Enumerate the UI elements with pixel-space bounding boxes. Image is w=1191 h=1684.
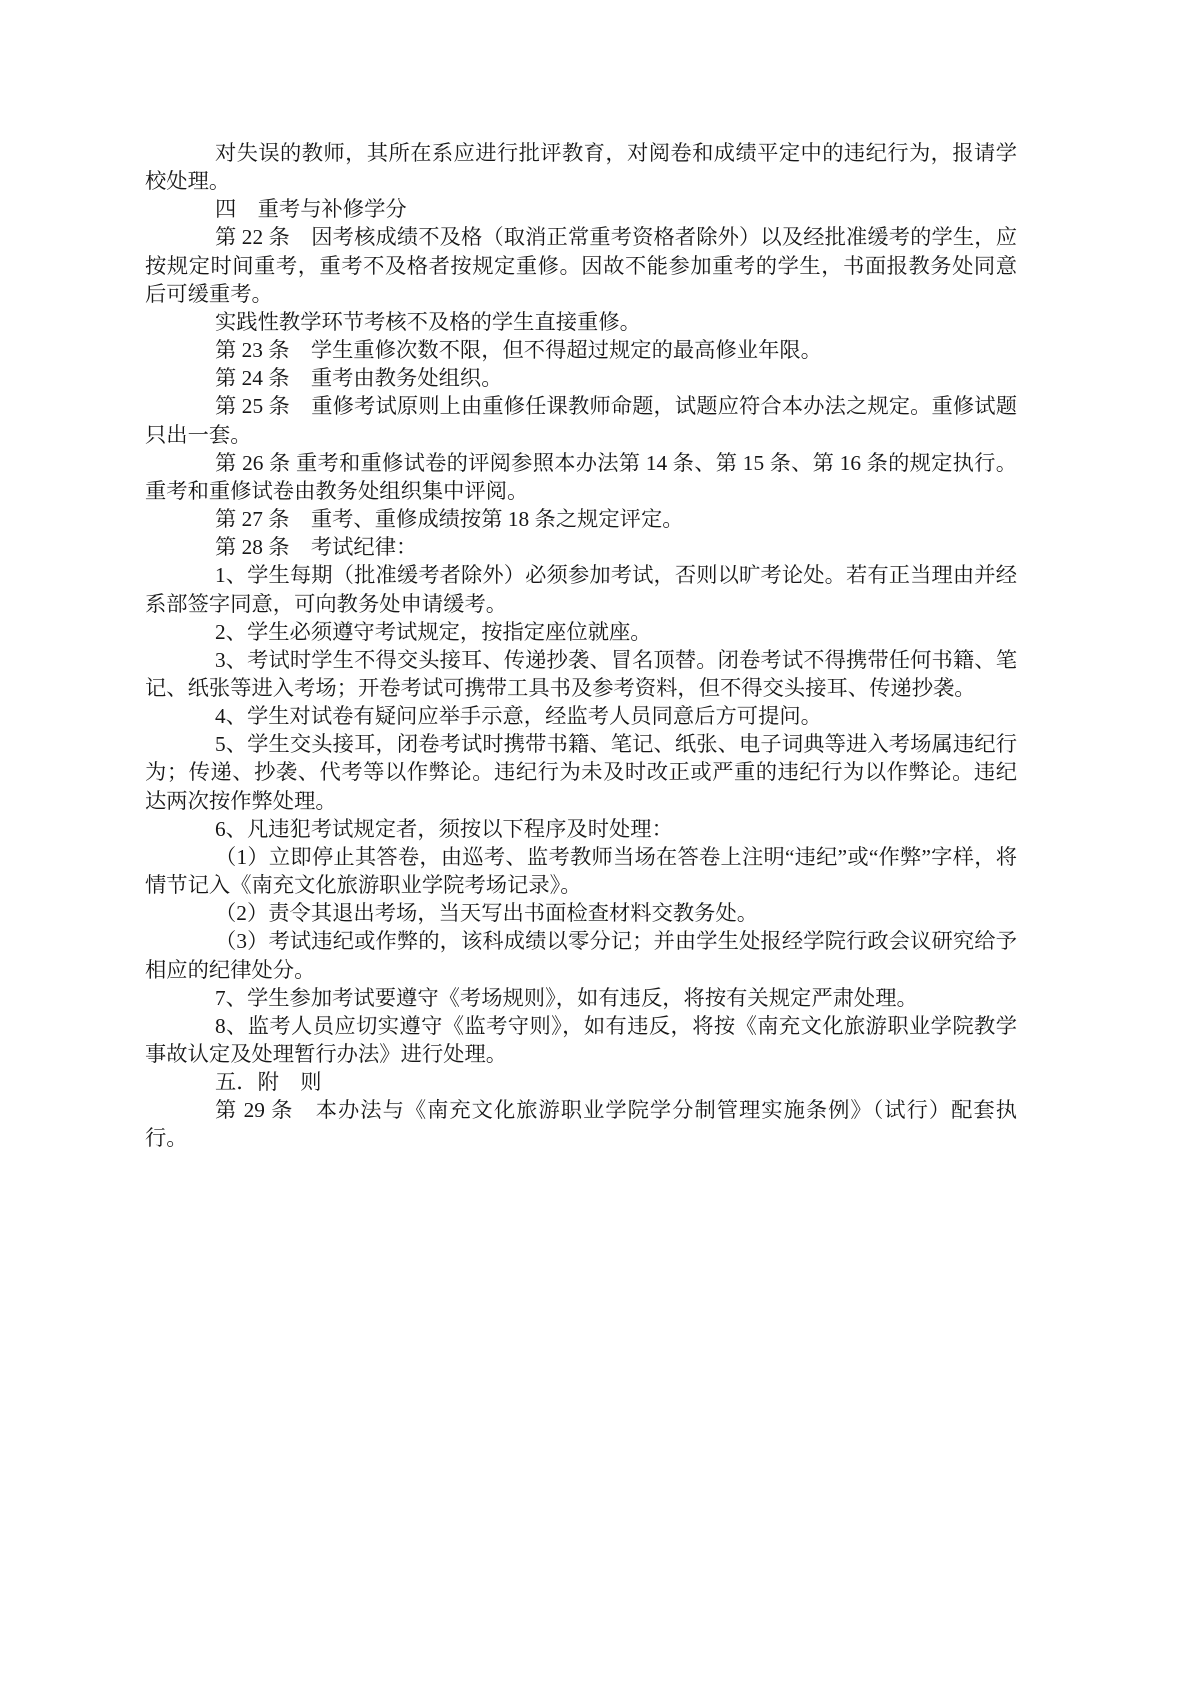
paragraph: 6、凡违犯考试规定者，须按以下程序及时处理： [145,815,1017,843]
paragraph: 第 24 条 重考由教务处组织。 [145,364,1017,392]
paragraph: 四 重考与补修学分 [145,195,1017,223]
paragraph: 第 22 条 因考核成绩不及格（取消正常重考资格者除外）以及经批准缓考的学生，应… [145,223,1017,307]
paragraph: （2）责令其退出考场，当天写出书面检查材料交教务处。 [145,899,1017,927]
paragraph: 5、学生交头接耳，闭卷考试时携带书籍、笔记、纸张、电子词典等进入考场属违纪行为；… [145,730,1017,814]
paragraph: 第 29 条 本办法与《南充文化旅游职业学院学分制管理实施条例》（试行）配套执行… [145,1096,1017,1152]
paragraph: 第 27 条 重考、重修成绩按第 18 条之规定评定。 [145,505,1017,533]
paragraph: （3）考试违纪或作弊的，该科成绩以零分记；并由学生处报经学院行政会议研究给予相应… [145,927,1017,983]
paragraph: 1、学生每期（批准缓考者除外）必须参加考试，否则以旷考论处。若有正当理由并经系部… [145,561,1017,617]
document-page: 对失误的教师，其所在系应进行批评教育，对阅卷和成绩平定中的违纪行为，报请学校处理… [0,0,1191,1684]
paragraph: （1）立即停止其答卷，由巡考、监考教师当场在答卷上注明“违纪”或“作弊”字样，将… [145,843,1017,899]
paragraph: 实践性教学环节考核不及格的学生直接重修。 [145,308,1017,336]
paragraph: 第 25 条 重修考试原则上由重修任课教师命题，试题应符合本办法之规定。重修试题… [145,392,1017,448]
paragraph: 第 26 条 重考和重修试卷的评阅参照本办法第 14 条、第 15 条、第 16… [145,449,1017,505]
paragraph: 3、考试时学生不得交头接耳、传递抄袭、冒名顶替。闭卷考试不得携带任何书籍、笔记、… [145,646,1017,702]
paragraph: 五．附 则 [145,1068,1017,1096]
paragraph: 8、监考人员应切实遵守《监考守则》，如有违反，将按《南充文化旅游职业学院教学事故… [145,1012,1017,1068]
paragraph: 第 23 条 学生重修次数不限，但不得超过规定的最高修业年限。 [145,336,1017,364]
document-text-block: 对失误的教师，其所在系应进行批评教育，对阅卷和成绩平定中的违纪行为，报请学校处理… [145,139,1017,1153]
paragraph: 4、学生对试卷有疑问应举手示意，经监考人员同意后方可提问。 [145,702,1017,730]
paragraph: 第 28 条 考试纪律： [145,533,1017,561]
paragraph: 7、学生参加考试要遵守《考场规则》，如有违反，将按有关规定严肃处理。 [145,984,1017,1012]
paragraph: 2、学生必须遵守考试规定，按指定座位就座。 [145,618,1017,646]
paragraph: 对失误的教师，其所在系应进行批评教育，对阅卷和成绩平定中的违纪行为，报请学校处理… [145,139,1017,195]
